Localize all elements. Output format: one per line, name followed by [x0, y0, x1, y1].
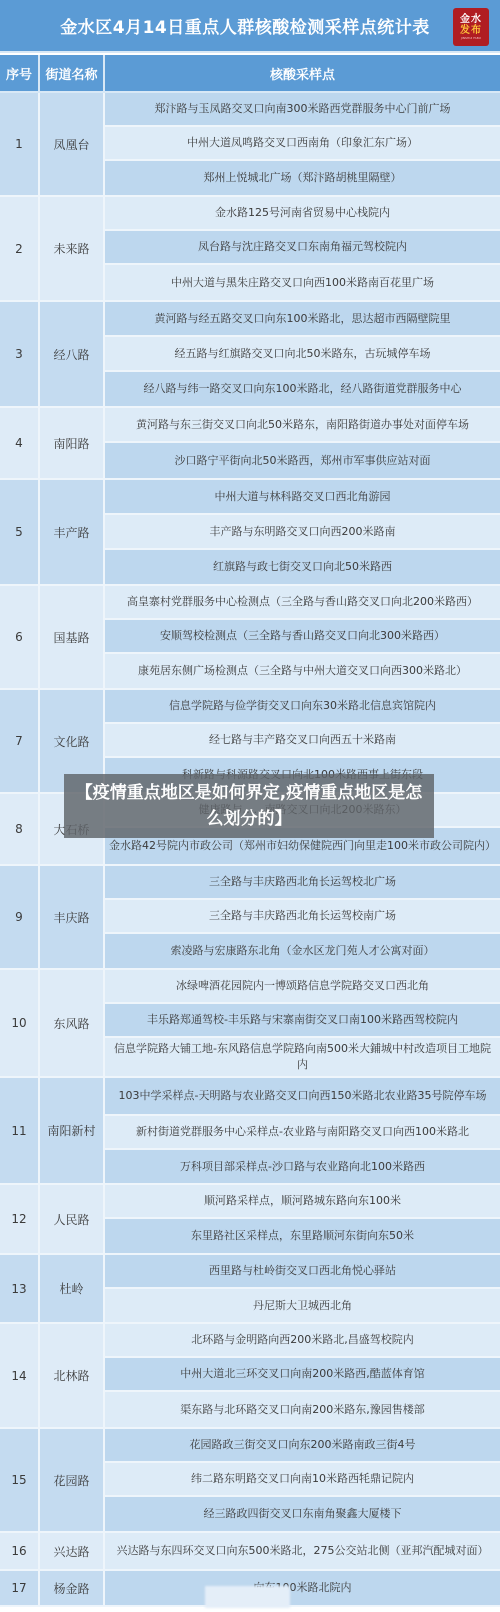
sampling-site: 冰绿啤酒花园院内一博颂路信息学院路交叉口西北角	[105, 970, 500, 1004]
sampling-site: 经八路与纬一路交叉口向东100米路北，经八路街道党群服务中心	[105, 372, 500, 406]
street-name: 兴达路	[40, 1533, 105, 1569]
sampling-site: 纬二路东明路交叉口向南10米路西牦鼎记院内	[105, 1463, 500, 1497]
site-list: 高皇寨村党群服务中心检测点（三全路与香山路交叉口向北200米路西）安顺驾校检测点…	[105, 586, 500, 688]
row-number: 3	[0, 302, 40, 406]
street-name: 凤凰台	[40, 93, 105, 195]
logo-line-2: 发布	[460, 25, 482, 36]
row-number: 14	[0, 1324, 40, 1427]
row-number: 5	[0, 480, 40, 584]
table-row-group: 10东风路冰绿啤酒花园院内一博颂路信息学院路交叉口西北角丰乐路郑通驾校-丰乐路与…	[0, 970, 500, 1078]
row-number: 11	[0, 1078, 40, 1183]
column-header-street: 街道名称	[40, 55, 105, 91]
sampling-site: 丰产路与东明路交叉口向西200米路南	[105, 515, 500, 550]
sampling-site: 万科项目部采样点-沙口路与农业路向北100米路西	[105, 1150, 500, 1183]
site-list: 花园路政三街交叉口向东200米路南政三街4号纬二路东明路交叉口向南10米路西牦鼎…	[105, 1429, 500, 1531]
site-list: 103中学采样点-天明路与农业路交叉口向西150米路北农业路35号院停车场新村街…	[105, 1078, 500, 1183]
column-header-num: 序号	[0, 55, 40, 91]
table-row-group: 5丰产路中州大道与林科路交叉口西北角游园丰产路与东明路交叉口向西200米路南红旗…	[0, 480, 500, 586]
sampling-site: 三全路与丰庆路西北角长运驾校北广场	[105, 866, 500, 900]
site-list: 西里路与杜岭街交叉口西北角悦心驿站丹尼斯大卫城西北角	[105, 1255, 500, 1322]
row-number: 17	[0, 1571, 40, 1605]
sampling-site: 西里路与杜岭街交叉口西北角悦心驿站	[105, 1255, 500, 1289]
table-row-group: 9丰庆路三全路与丰庆路西北角长运驾校北广场三全路与丰庆路西北角长运驾校南广场索凌…	[0, 866, 500, 970]
site-list: 兴达路与东四环交叉口向东500米路北，275公交站北侧（亚邦汽配城对面）	[105, 1533, 500, 1569]
sampling-site: 红旗路与政七街交叉口向北50米路西	[105, 550, 500, 584]
street-name: 国基路	[40, 586, 105, 688]
street-name: 杨金路	[40, 1571, 105, 1605]
table-row-group: 11南阳新村103中学采样点-天明路与农业路交叉口向西150米路北农业路35号院…	[0, 1078, 500, 1185]
logo-subtitle: JINSHUI FABU	[461, 36, 481, 41]
sampling-site: 向东100米路北院内	[105, 1571, 500, 1605]
sampling-site: 三全路与丰庆路西北角长运驾校南广场	[105, 900, 500, 934]
sampling-sites-table: 1凤凰台郑汴路与玉凤路交叉口向南300米路西党群服务中心门前广场中州大道凤鸣路交…	[0, 93, 500, 1607]
sampling-site: 经五路与红旗路交叉口向北50米路东，古玩城停车场	[105, 337, 500, 372]
row-number: 2	[0, 197, 40, 300]
sampling-site: 康苑居东侧广场检测点（三全路与中州大道交叉口向西300米路北）	[105, 654, 500, 688]
sampling-site: 中州大道与林科路交叉口西北角游园	[105, 480, 500, 515]
sampling-site: 渠东路与北环路交叉口向南200米路东,豫园售楼部	[105, 1392, 500, 1427]
sampling-site: 黄河路与东三街交叉口向北50米路东，南阳路街道办事处对面停车场	[105, 408, 500, 443]
table-row-group: 3经八路黄河路与经五路交叉口向东100米路北，思达超市西隔壁院里经五路与红旗路交…	[0, 302, 500, 408]
sampling-site: 郑州上悦城北广场（郑汴路胡桃里隔壁）	[105, 161, 500, 195]
table-row-group: 13杜岭西里路与杜岭街交叉口西北角悦心驿站丹尼斯大卫城西北角	[0, 1255, 500, 1324]
sampling-site: 安顺驾校检测点（三全路与香山路交叉口向北300米路西）	[105, 620, 500, 654]
sampling-site: 新村街道党群服务中心采样点-农业路与南阳路交叉口向西100米路北	[105, 1116, 500, 1150]
site-list: 向东100米路北院内	[105, 1571, 500, 1605]
sampling-site: 信息学院路与俭学街交叉口向东30米路北信息宾馆院内	[105, 690, 500, 724]
street-name: 杜岭	[40, 1255, 105, 1322]
table-row-group: 15花园路花园路政三街交叉口向东200米路南政三街4号纬二路东明路交叉口向南10…	[0, 1429, 500, 1533]
table-row-group: 2未来路金水路125号河南省贸易中心栈院内凤台路与沈庄路交叉口东南角福元驾校院内…	[0, 197, 500, 302]
street-name: 经八路	[40, 302, 105, 406]
street-name: 花园路	[40, 1429, 105, 1531]
street-name: 南阳新村	[40, 1078, 105, 1183]
row-number: 7	[0, 690, 40, 792]
sampling-site: 丹尼斯大卫城西北角	[105, 1289, 500, 1322]
sampling-site: 北环路与金明路向西200米路北,昌盛驾校院内	[105, 1324, 500, 1358]
street-name: 丰产路	[40, 480, 105, 584]
street-name: 丰庆路	[40, 866, 105, 968]
table-row-group: 12人民路顺河路采样点，顺河路城东路向东100米东里路社区采样点，东里路顺河东街…	[0, 1185, 500, 1255]
sampling-site: 索凌路与宏康路东北角（金水区龙门苑人才公寓对面）	[105, 934, 500, 968]
caption-overlay: 【疫情重点地区是如何界定,疫情重点地区是怎么划分的】	[64, 774, 434, 838]
sampling-site: 花园路政三街交叉口向东200米路南政三街4号	[105, 1429, 500, 1463]
sampling-site: 中州大道北三环交叉口向南200米路西,酷蓝体育馆	[105, 1358, 500, 1392]
site-list: 中州大道与林科路交叉口西北角游园丰产路与东明路交叉口向西200米路南红旗路与政七…	[105, 480, 500, 584]
row-number: 13	[0, 1255, 40, 1322]
site-list: 三全路与丰庆路西北角长运驾校北广场三全路与丰庆路西北角长运驾校南广场索凌路与宏康…	[105, 866, 500, 968]
row-number: 6	[0, 586, 40, 688]
sampling-site: 高皇寨村党群服务中心检测点（三全路与香山路交叉口向北200米路西）	[105, 586, 500, 620]
jinshui-fabu-logo: 金水 发布 JINSHUI FABU	[453, 8, 489, 46]
site-list: 黄河路与东三街交叉口向北50米路东，南阳路街道办事处对面停车场沙口路宁平街向北5…	[105, 408, 500, 478]
title-bar: 金水区4月14日重点人群核酸检测采样点统计表 金水 发布 JINSHUI FAB…	[0, 0, 500, 53]
sampling-site: 东里路社区采样点，东里路顺河东街向东50米	[105, 1219, 500, 1253]
table-row-group: 4南阳路黄河路与东三街交叉口向北50米路东，南阳路街道办事处对面停车场沙口路宁平…	[0, 408, 500, 480]
sampling-site: 中州大道凤鸣路交叉口西南角（印象汇东广场）	[105, 127, 500, 161]
sampling-site: 兴达路与东四环交叉口向东500米路北，275公交站北侧（亚邦汽配城对面）	[105, 1533, 500, 1569]
table-row-group: 16兴达路兴达路与东四环交叉口向东500米路北，275公交站北侧（亚邦汽配城对面…	[0, 1533, 500, 1571]
redacted-region	[205, 1586, 290, 1608]
row-number: 8	[0, 794, 40, 864]
sampling-site: 凤台路与沈庄路交叉口东南角福元驾校院内	[105, 231, 500, 265]
sampling-site: 沙口路宁平街向北50米路西，郑州市军事供应站对面	[105, 443, 500, 478]
street-name: 北林路	[40, 1324, 105, 1427]
row-number: 12	[0, 1185, 40, 1253]
table-header: 序号 街道名称 核酸采样点	[0, 55, 500, 93]
sampling-site: 黄河路与经五路交叉口向东100米路北，思达超市西隔壁院里	[105, 302, 500, 337]
site-list: 顺河路采样点，顺河路城东路向东100米东里路社区采样点，东里路顺河东街向东50米	[105, 1185, 500, 1253]
site-list: 冰绿啤酒花园院内一博颂路信息学院路交叉口西北角丰乐路郑通驾校-丰乐路与宋寨南街交…	[105, 970, 500, 1076]
sampling-site: 中州大道与黑朱庄路交叉口向西100米路南百花里广场	[105, 265, 500, 300]
table-row-group: 1凤凰台郑汴路与玉凤路交叉口向南300米路西党群服务中心门前广场中州大道凤鸣路交…	[0, 93, 500, 197]
page-title: 金水区4月14日重点人群核酸检测采样点统计表	[60, 13, 430, 38]
sampling-site: 信息学院路大铺工地-东风路信息学院路向南500米大鋪城中村改造项目工地院内	[105, 1038, 500, 1076]
row-number: 15	[0, 1429, 40, 1531]
sampling-site: 郑汴路与玉凤路交叉口向南300米路西党群服务中心门前广场	[105, 93, 500, 127]
column-header-site: 核酸采样点	[105, 55, 500, 91]
site-list: 北环路与金明路向西200米路北,昌盛驾校院内中州大道北三环交叉口向南200米路西…	[105, 1324, 500, 1427]
site-list: 郑汴路与玉凤路交叉口向南300米路西党群服务中心门前广场中州大道凤鸣路交叉口西南…	[105, 93, 500, 195]
table-row-group: 6国基路高皇寨村党群服务中心检测点（三全路与香山路交叉口向北200米路西）安顺驾…	[0, 586, 500, 690]
row-number: 10	[0, 970, 40, 1076]
row-number: 9	[0, 866, 40, 968]
site-list: 黄河路与经五路交叉口向东100米路北，思达超市西隔壁院里经五路与红旗路交叉口向北…	[105, 302, 500, 406]
site-list: 金水路125号河南省贸易中心栈院内凤台路与沈庄路交叉口东南角福元驾校院内中州大道…	[105, 197, 500, 300]
sampling-site: 金水路125号河南省贸易中心栈院内	[105, 197, 500, 231]
logo-line-1: 金水	[460, 14, 482, 25]
sampling-site: 顺河路采样点，顺河路城东路向东100米	[105, 1185, 500, 1219]
row-number: 1	[0, 93, 40, 195]
sampling-site: 103中学采样点-天明路与农业路交叉口向西150米路北农业路35号院停车场	[105, 1078, 500, 1116]
street-name: 未来路	[40, 197, 105, 300]
sampling-site: 经三路政四街交叉口东南角聚鑫大厦楼下	[105, 1497, 500, 1531]
street-name: 东风路	[40, 970, 105, 1076]
row-number: 16	[0, 1533, 40, 1569]
caption-text: 【疫情重点地区是如何界定,疫情重点地区是怎么划分的】	[74, 780, 424, 832]
sampling-site: 丰乐路郑通驾校-丰乐路与宋寨南街交叉口南100米路西驾校院内	[105, 1004, 500, 1038]
street-name: 南阳路	[40, 408, 105, 478]
table-row-group: 14北林路北环路与金明路向西200米路北,昌盛驾校院内中州大道北三环交叉口向南2…	[0, 1324, 500, 1429]
street-name: 人民路	[40, 1185, 105, 1253]
sampling-site: 经七路与丰产路交叉口向西五十米路南	[105, 724, 500, 758]
row-number: 4	[0, 408, 40, 478]
